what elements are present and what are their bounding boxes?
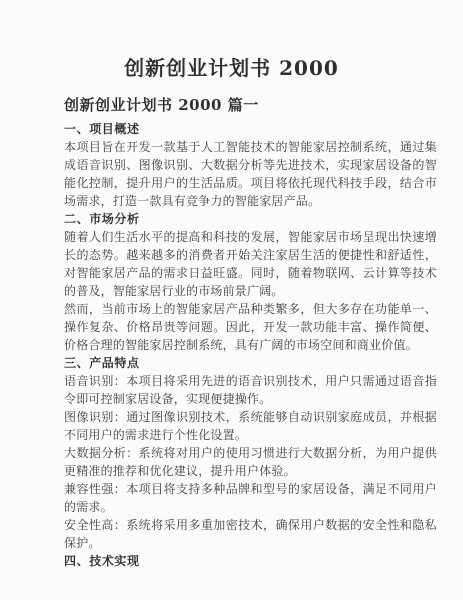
document-page: 创新创业计划书 2000 创新创业计划书 2000 篇一 一、项目概述 本项目旨… xyxy=(0,0,463,600)
section-heading-project-overview: 一、项目概述 xyxy=(64,120,437,138)
paragraph: 图像识别：通过图像识别技术，系统能够自动识别家庭成员，并根据不同用户的需求进行个… xyxy=(64,408,437,444)
document-body: 创新创业计划书 2000 篇一 一、项目概述 本项目旨在开发一款基于人工智能技术… xyxy=(64,95,437,570)
document-subtitle: 创新创业计划书 2000 篇一 xyxy=(64,95,437,115)
paragraph: 语音识别：本项目将采用先进的语音识别技术，用户只需通过语音指令即可控制家居设备，… xyxy=(64,372,437,408)
paragraph: 本项目旨在开发一款基于人工智能技术的智能家居控制系统，通过集成语音识别、图像识别… xyxy=(64,138,437,210)
paragraph: 随着人们生活水平的提高和科技的发展，智能家居市场呈现出快速增长的态势。越来越多的… xyxy=(64,228,437,300)
document-title: 创新创业计划书 2000 xyxy=(0,0,463,81)
section-heading-technical-implementation: 四、技术实现 xyxy=(64,552,437,570)
paragraph: 大数据分析：系统将对用户的使用习惯进行大数据分析，为用户提供更精准的推荐和优化建… xyxy=(64,444,437,480)
section-heading-market-analysis: 二、市场分析 xyxy=(64,210,437,228)
paragraph: 安全性高：系统将采用多重加密技术，确保用户数据的安全性和隐私保护。 xyxy=(64,516,437,552)
paragraph: 然而，当前市场上的智能家居产品种类繁多，但大多存在功能单一、操作复杂、价格昂贵等… xyxy=(64,300,437,354)
paragraph: 兼容性强：本项目将支持多种品牌和型号的家居设备，满足不同用户的需求。 xyxy=(64,480,437,516)
section-heading-product-features: 三、产品特点 xyxy=(64,354,437,372)
